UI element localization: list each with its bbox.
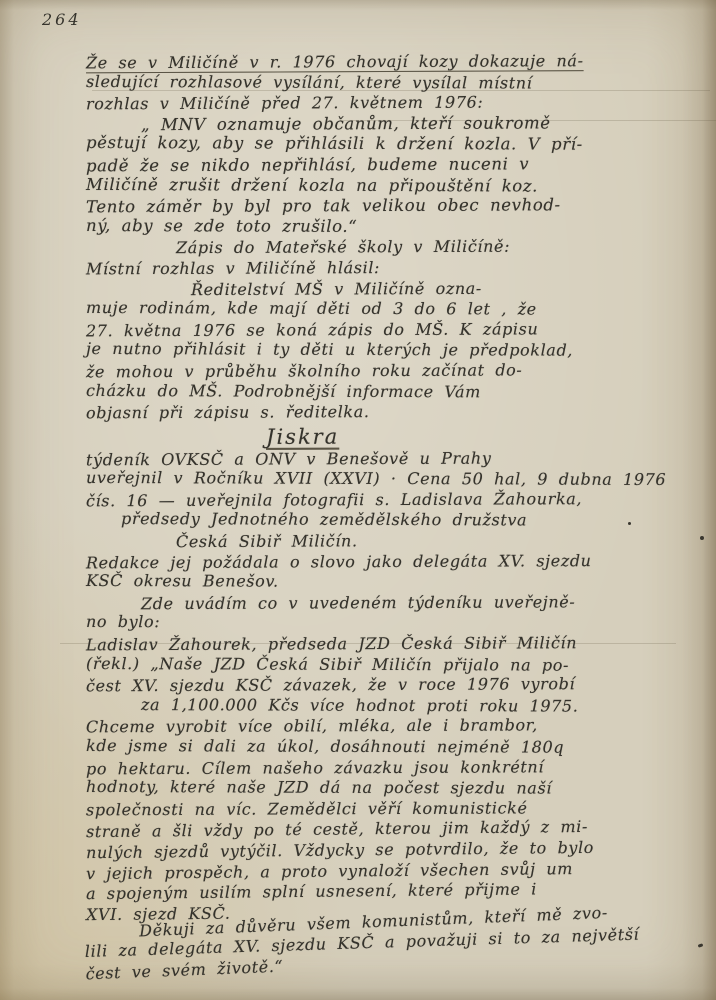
handwritten-line: rozhlas v Miličíně před 27. květnem 1976… (86, 92, 694, 115)
zahourek-statement: Ladislav Žahourek, předseda JZD Česká Si… (86, 634, 694, 922)
handwritten-line: předsedy Jednotného zemědělského družstv… (121, 509, 694, 532)
handwritten-line: Tento záměr by byl pro tak velikou obec … (86, 195, 694, 218)
kindergarten-announcement: Ředitelství MŠ v Miličíně ozna-muje rodi… (86, 279, 694, 423)
radio-intro-line: Místní rozhlas v Miličíně hlásil: (86, 258, 694, 279)
handwritten-line: ný, aby se zde toto zrušilo.“ (86, 216, 694, 239)
handwritten-line: 27. května 1976 se koná zápis do MŠ. K z… (86, 318, 694, 341)
ink-speck (700, 536, 704, 540)
handwritten-line: padě že se nikdo nepřihlásí, budeme nuce… (86, 154, 694, 177)
manuscript-page: 264 Že se v Miličíně v r. 1976 chovají k… (0, 0, 716, 1000)
jiskra-heading: Jiskra (86, 423, 694, 449)
handwritten-line: Ředitelství MŠ v Miličíně ozna- (191, 277, 694, 300)
jiskra-paragraph: týdeník OVKSČ a ONV v Benešově u Prahyuv… (86, 449, 694, 552)
manuscript-text: Že se v Miličíně v r. 1976 chovají kozy … (86, 52, 694, 984)
handwritten-line: Ladislav Žahourek, předseda JZD Česká Si… (86, 633, 694, 656)
handwritten-line: cházku do MŠ. Podrobnější informace Vám (86, 380, 694, 403)
handwritten-line: uveřejnil v Ročníku XVII (XXVI) · Cena 5… (86, 468, 694, 491)
handwritten-line: týdeník OVKSČ a ONV v Benešově u Prahy (86, 447, 694, 470)
kindergarten-heading: Zápis do Mateřské školy v Miličíně: (86, 237, 694, 258)
handwritten-line: je nutno přihlásit i ty děti u kterých j… (86, 339, 694, 362)
handwritten-line: že mohou v průběhu školního roku začínat… (86, 360, 694, 383)
radio-quote-goats: „ MNV oznamuje občanům, kteří soukroměpě… (86, 114, 694, 238)
handwritten-line: po hektaru. Cílem našeho závazku jsou ko… (86, 756, 694, 779)
handwritten-line: Chceme vyrobit více obilí, mléka, ale i … (86, 715, 694, 738)
handwritten-line: čest XV. sjezdu KSČ závazek, že v roce 1… (86, 674, 694, 697)
handwritten-line: sledující rozhlasové vysílání, které vys… (86, 72, 694, 95)
handwritten-line: Jiskra (266, 422, 694, 450)
handwritten-line: no bylo: (86, 612, 694, 635)
handwritten-line: Místní rozhlas v Miličíně hlásil: (86, 257, 694, 280)
handwritten-line: Redakce jej požádala o slovo jako delegá… (86, 550, 694, 573)
handwritten-line: KSČ okresu Benešov. (86, 571, 694, 594)
redakce-paragraph: Redakce jej požádala o slovo jako delegá… (86, 552, 694, 593)
handwritten-line: Že se v Miličíně v r. 1976 chovají kozy … (86, 51, 694, 74)
ink-speck (698, 943, 704, 948)
handwritten-line: pěstují kozy, aby se přihlásili k držení… (86, 133, 694, 156)
handwritten-line: „ MNV oznamuje občanům, kteří soukromě (141, 113, 694, 136)
handwritten-line: hodnoty, které naše JZD dá na počest sje… (86, 777, 694, 800)
handwritten-line: kde jsme si dali za úkol, dosáhnouti nej… (86, 736, 694, 759)
handwritten-line: objasní při zápisu s. ředitelka. (86, 401, 694, 424)
page-number: 264 (42, 10, 82, 29)
handwritten-line: Zápis do Mateřské školy v Miličíně: (176, 236, 694, 259)
handwritten-line: Zde uvádím co v uvedeném týdeníku uveřej… (141, 592, 694, 615)
handwritten-line: Miličíně zrušit držení kozla na připoušt… (86, 175, 694, 198)
intro-paragraph: Že se v Miličíně v r. 1976 chovají kozy … (86, 52, 694, 114)
handwritten-line: (řekl.) „Naše JZD Česká Sibiř Miličín př… (86, 654, 694, 677)
handwritten-line: Česká Sibiř Miličín. (176, 530, 694, 553)
handwritten-line: za 1,100.000 Kčs více hodnot proti roku … (141, 695, 694, 718)
handwritten-line: muje rodinám, kde mají děti od 3 do 6 le… (86, 298, 694, 321)
zde-uvadim-paragraph: Zde uvádím co v uvedeném týdeníku uveřej… (86, 593, 694, 634)
